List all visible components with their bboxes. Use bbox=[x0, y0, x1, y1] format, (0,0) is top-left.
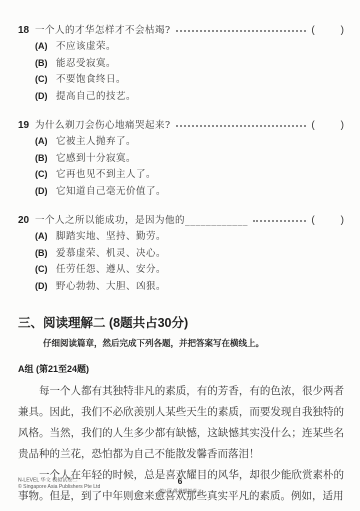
option-row: (B) 能忍受寂寞。 bbox=[35, 58, 344, 70]
option-label: (B) bbox=[35, 58, 56, 69]
section-title: 三、阅读理解二 (8题共占30分) bbox=[18, 313, 344, 331]
page-footer: N-LEVEL 华文 模拟试卷二 © Singapore Asia Publis… bbox=[0, 476, 360, 498]
footer-imprint: N-LEVEL 华文 模拟试卷二 © Singapore Asia Publis… bbox=[18, 478, 100, 491]
question-stem: 一个人的才华怎样才不会枯竭? bbox=[35, 22, 171, 36]
question-stem-row: 18 一个人的才华怎样才不会枯竭? () bbox=[18, 22, 344, 36]
option-row: (D) 野心勃勃、大胆、凶狠。 bbox=[35, 281, 344, 293]
option-text: 它知道自己毫无价值了。 bbox=[56, 187, 166, 198]
question-19: 19 为什么剃刀会伤心地痛哭起来? () (A) 它被主人抛弃了。 (B) 它感… bbox=[18, 117, 344, 197]
option-row: (D) 提高自己的技艺。 bbox=[35, 91, 344, 103]
option-row: (B) 爱慕虚荣、机灵、决心。 bbox=[35, 248, 344, 260]
answer-bracket: () bbox=[311, 215, 344, 226]
option-text: 脚踏实地、坚持、勤劳。 bbox=[56, 232, 166, 243]
option-text: 不应该虚荣。 bbox=[56, 42, 116, 53]
question-number: 18 bbox=[18, 25, 35, 36]
footer-publisher: © Singapore Asia Publishers Pte Ltd bbox=[18, 484, 100, 490]
dotted-leader bbox=[176, 29, 307, 32]
option-text: 能忍受寂寞。 bbox=[56, 59, 116, 70]
option-label: (D) bbox=[35, 186, 56, 197]
option-row: (D) 它知道自己毫无价值了。 bbox=[35, 186, 344, 198]
option-text: 爱慕虚荣、机灵、决心。 bbox=[56, 249, 166, 260]
question-20: 20 一个人之所以能成功，是因为他的____________ () (A) 脚踏… bbox=[18, 212, 344, 292]
answer-bracket: () bbox=[311, 120, 344, 131]
option-label: (B) bbox=[35, 248, 56, 259]
option-text: 不要饱食终日。 bbox=[56, 75, 126, 86]
option-row: (A) 脚踏实地、坚持、勤劳。 bbox=[35, 231, 344, 243]
option-label: (D) bbox=[35, 281, 56, 292]
question-stem: 为什么剃刀会伤心地痛哭起来? bbox=[35, 117, 171, 131]
option-row: (B) 它感到十分寂寞。 bbox=[35, 153, 344, 165]
footer-chapter-note: 第1回 挑战模拟卷二 bbox=[159, 487, 201, 494]
section-instructions: 仔细阅读篇章，然后完成下列各题，并把答案写在横线上。 bbox=[43, 337, 344, 349]
group-label: A组 (第21至24题) bbox=[18, 362, 344, 375]
question-stem: 一个人之所以能成功，是因为他的____________ bbox=[35, 212, 248, 226]
question-number: 20 bbox=[18, 215, 35, 226]
question-stem-row: 20 一个人之所以能成功，是因为他的____________ () bbox=[18, 212, 344, 226]
footer-center: 6 第1回 挑战模拟卷二 bbox=[153, 476, 206, 496]
option-label: (B) bbox=[35, 153, 56, 164]
answer-bracket: () bbox=[311, 25, 344, 36]
dotted-leader bbox=[176, 124, 307, 127]
exam-page: 18 一个人的才华怎样才不会枯竭? () (A) 不应该虚荣。 (B) 能忍受寂… bbox=[0, 0, 360, 507]
option-text: 任劳任怨、遵从、安分。 bbox=[56, 265, 166, 276]
option-label: (C) bbox=[35, 74, 56, 85]
option-row: (C) 它再也见不到主人了。 bbox=[35, 169, 344, 181]
option-row: (A) 它被主人抛弃了。 bbox=[35, 136, 344, 148]
question-18: 18 一个人的才华怎样才不会枯竭? () (A) 不应该虚荣。 (B) 能忍受寂… bbox=[18, 22, 344, 102]
question-number: 19 bbox=[18, 120, 35, 131]
option-label: (A) bbox=[35, 136, 56, 147]
option-row: (C) 不要饱食终日。 bbox=[35, 74, 344, 86]
option-text: 野心勃勃、大胆、凶狠。 bbox=[56, 282, 166, 293]
question-stem-row: 19 为什么剃刀会伤心地痛哭起来? () bbox=[18, 117, 344, 131]
option-label: (C) bbox=[35, 169, 56, 180]
option-text: 提高自己的技艺。 bbox=[56, 92, 136, 103]
dotted-leader bbox=[253, 219, 306, 222]
option-text: 它再也见不到主人了。 bbox=[56, 170, 156, 181]
option-text: 它被主人抛弃了。 bbox=[56, 137, 136, 148]
passage-paragraph: 每一个人都有其独特非凡的素质，有的芳香，有的色浓，很少两者兼具。因此，我们不必欣… bbox=[18, 381, 344, 465]
option-row: (C) 任劳任怨、遵从、安分。 bbox=[35, 264, 344, 276]
option-label: (A) bbox=[35, 41, 56, 52]
option-label: (D) bbox=[35, 91, 56, 102]
option-text: 它感到十分寂寞。 bbox=[56, 154, 136, 165]
option-label: (A) bbox=[35, 231, 56, 242]
option-row: (A) 不应该虚荣。 bbox=[35, 41, 344, 53]
page-number: 6 bbox=[153, 476, 206, 486]
option-label: (C) bbox=[35, 264, 56, 275]
